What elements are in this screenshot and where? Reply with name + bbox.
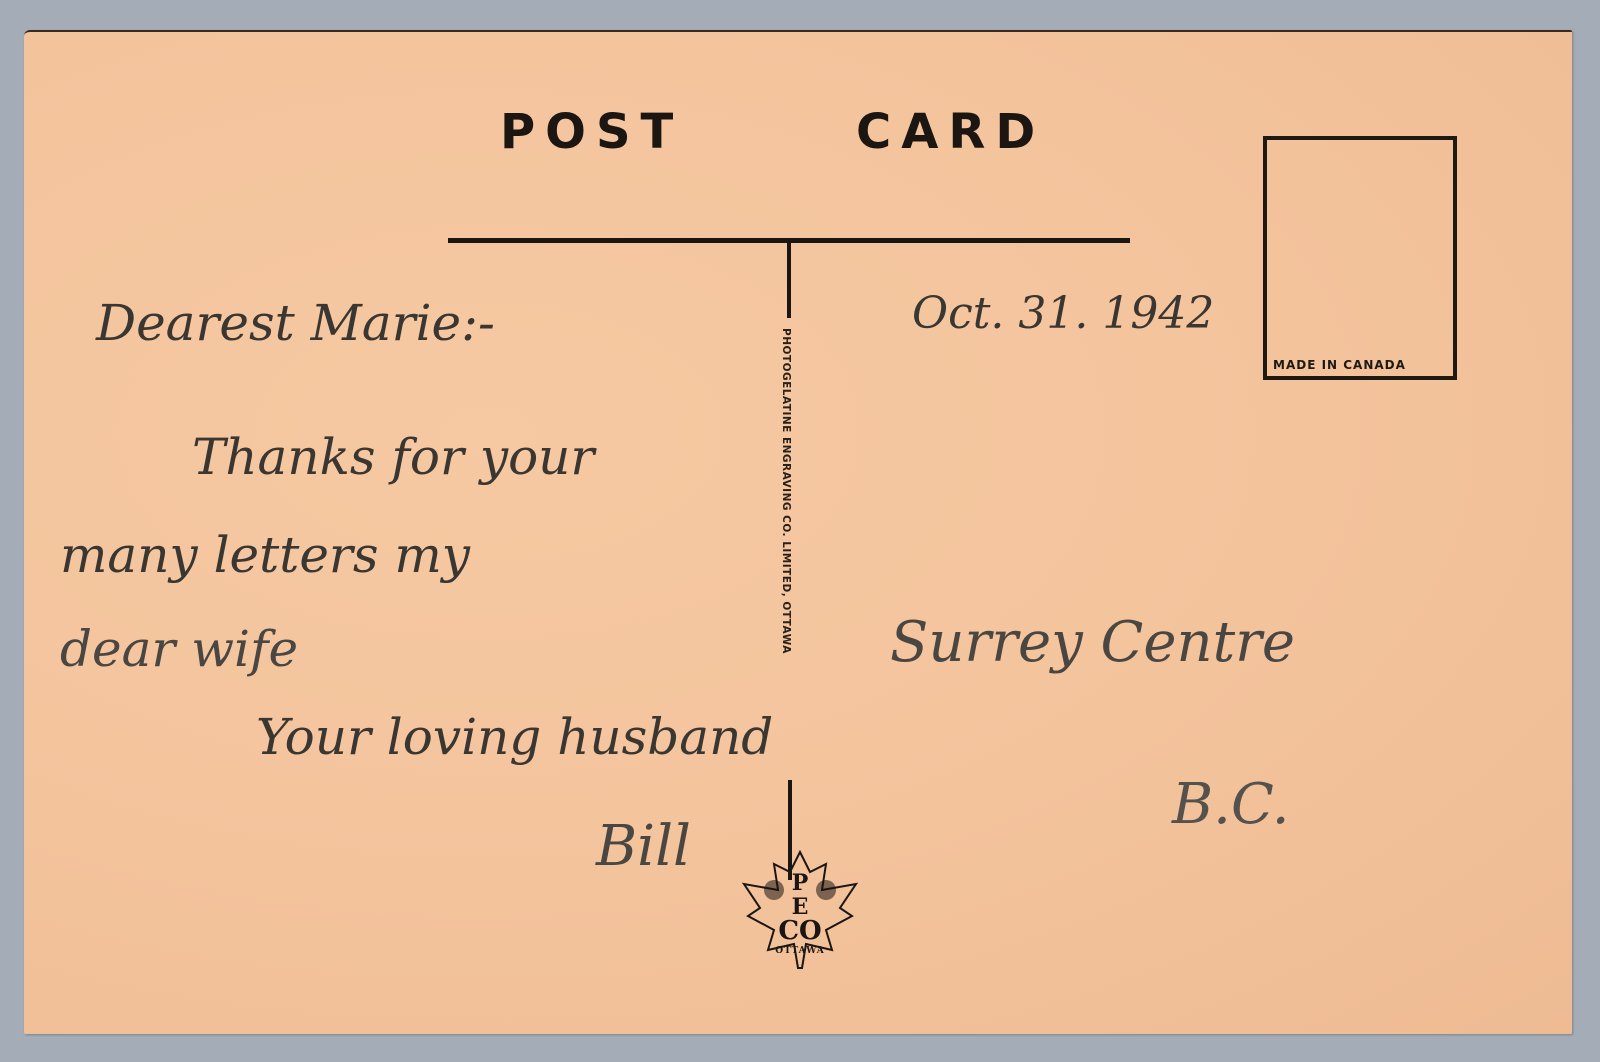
peco-maple-leaf-logo: P E CO OTTAWA: [740, 850, 860, 970]
message-line-2: many letters my: [60, 526, 470, 584]
message-line-1: Thanks for your: [192, 428, 594, 486]
logo-letters-co: CO: [740, 916, 860, 946]
address-line-1: Surrey Centre: [890, 610, 1295, 675]
address-line-2: B.C.: [1172, 772, 1290, 837]
logo-city: OTTAWA: [740, 946, 860, 956]
postcard-heading-card: CARD: [856, 104, 1045, 160]
publisher-imprint: PHOTOGELATINE ENGRAVING CO. LIMITED, OTT…: [780, 328, 792, 778]
postcard-heading-post: POST: [500, 104, 683, 160]
message-line-3: dear wife: [60, 620, 298, 678]
date: Oct. 31. 1942: [912, 288, 1214, 339]
signature: Bill: [596, 814, 691, 879]
postcard: POST CARD PHOTOGELATINE ENGRAVING CO. LI…: [24, 30, 1572, 1034]
stamp-box-label: MADE IN CANADA: [1273, 358, 1406, 372]
salutation: Dearest Marie:-: [96, 294, 495, 352]
vertical-divider-top: [787, 242, 791, 318]
closing: Your loving husband: [256, 708, 773, 766]
stamp-box: MADE IN CANADA: [1263, 136, 1457, 380]
logo-letter-p: P: [740, 870, 860, 896]
